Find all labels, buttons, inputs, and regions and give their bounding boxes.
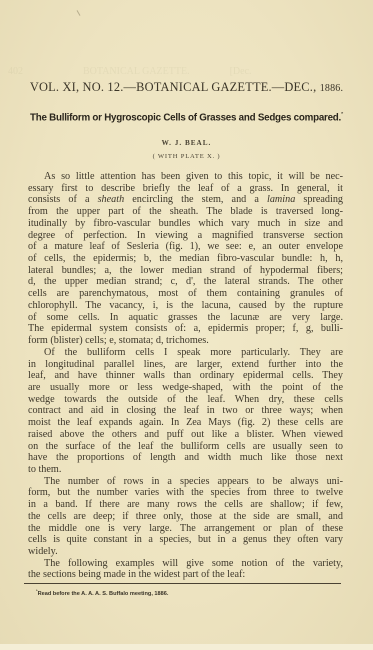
text-line: cells is quite constant in a species, bu…: [28, 534, 343, 546]
paper-speck: [77, 10, 81, 16]
journal-name: BOTANICAL GAZETTE.: [136, 80, 272, 94]
dash-separator: —: [124, 80, 137, 94]
article-body: As so little attention has been given to…: [28, 171, 343, 581]
footnote-reference: *: [341, 112, 343, 118]
text-line: the cells are deep; if three only, those…: [28, 511, 343, 523]
text-line: of some cells. In aquatic grasses the la…: [28, 312, 343, 324]
dash-separator: —: [272, 80, 285, 94]
text-line: consists of a sheath encircling the stem…: [28, 194, 343, 206]
text-line: the sections being made in the widest pa…: [28, 569, 343, 581]
text-line: from the upper part of the sheath. The b…: [28, 206, 343, 218]
page-bottom-edge: [0, 644, 373, 650]
text-line: moist the leaf expands again. In Zea May…: [28, 417, 343, 429]
text-line: are usually more or less wedge-shaped, w…: [28, 382, 343, 394]
article-title: The Bulliform or Hygroscopic Cells of Gr…: [9, 112, 363, 123]
text-line: lateral bundles; a, the lower median str…: [28, 265, 343, 277]
author-byline: W. J. BEAL.: [0, 139, 373, 147]
text-line: form (blister) cells; e, stomata; d, tri…: [28, 335, 343, 347]
scanned-page: 402 BOTANICAL GAZETTE. [Dec. VOL. XI, NO…: [0, 0, 373, 650]
issue-year: 1886.: [320, 83, 344, 94]
text-line: of cells, the epidermis; b, the median f…: [28, 253, 343, 265]
text-line: chlorophyll. The vacancy, i, is the lacu…: [28, 300, 343, 312]
text-line: cells are parenchymatous, most of them c…: [28, 288, 343, 300]
text-line: As so little attention has been given to…: [28, 171, 343, 183]
text-line: have the proportions of length and width…: [28, 452, 343, 464]
text-line: in longitudinal parallel lines, are larg…: [28, 359, 343, 371]
text-line: degree of perfection. In viewing a magni…: [28, 230, 343, 242]
text-line: Of the bulliform cells I speak more part…: [28, 347, 343, 359]
text-line: of a mature leaf of Sesleria (fig. 1), w…: [28, 241, 343, 253]
text-line: d, the upper median strand; c, d', the l…: [28, 276, 343, 288]
plate-note: ( WITH PLATE X. ): [0, 153, 373, 160]
text-line: widely.: [28, 546, 343, 558]
italic-term: sheath: [98, 194, 125, 205]
text-line: on the surface of the leaf the bulliform…: [28, 441, 343, 453]
text-line: the middle one is very large. The arrang…: [28, 523, 343, 535]
volume-number: VOL. XI, NO. 12.: [30, 80, 124, 94]
text-line: The number of rows in a species appears …: [28, 476, 343, 488]
text-line: contract and aid in closing the leaf in …: [28, 405, 343, 417]
running-head: VOL. XI, NO. 12.—BOTANICAL GAZETTE.—DEC.…: [0, 80, 373, 95]
text-line: itudinally by fibro-vascular bundles whi…: [28, 218, 343, 230]
show-through-text: 402 BOTANICAL GAZETTE. [Dec.: [8, 66, 252, 77]
italic-term: lamina: [267, 194, 295, 205]
text-line: to them.: [28, 464, 343, 476]
text-line: wedge towards the outside of the leaf. W…: [28, 394, 343, 406]
text-line: form, but the number varies with the spe…: [28, 487, 343, 499]
footnote: *Read before the A. A. A. S. Buffalo mee…: [36, 588, 168, 597]
article-title-text: The Bulliform or Hygroscopic Cells of Gr…: [30, 112, 341, 123]
text-line: in a band. If there are many rows the ce…: [28, 499, 343, 511]
footnote-text: Read before the A. A. A. S. Buffalo meet…: [38, 591, 169, 597]
footnote-divider: [24, 583, 341, 584]
issue-month: DEC.,: [284, 80, 316, 94]
text-line: essary first to describe briefly the lea…: [28, 183, 343, 195]
text-line: raised above the others and puff out lik…: [28, 429, 343, 441]
text-line: leaf, and have thinner walls than ordina…: [28, 370, 343, 382]
text-line: The epidermal system consists of: a, epi…: [28, 323, 343, 335]
text-line: The following examples will give some no…: [28, 558, 343, 570]
